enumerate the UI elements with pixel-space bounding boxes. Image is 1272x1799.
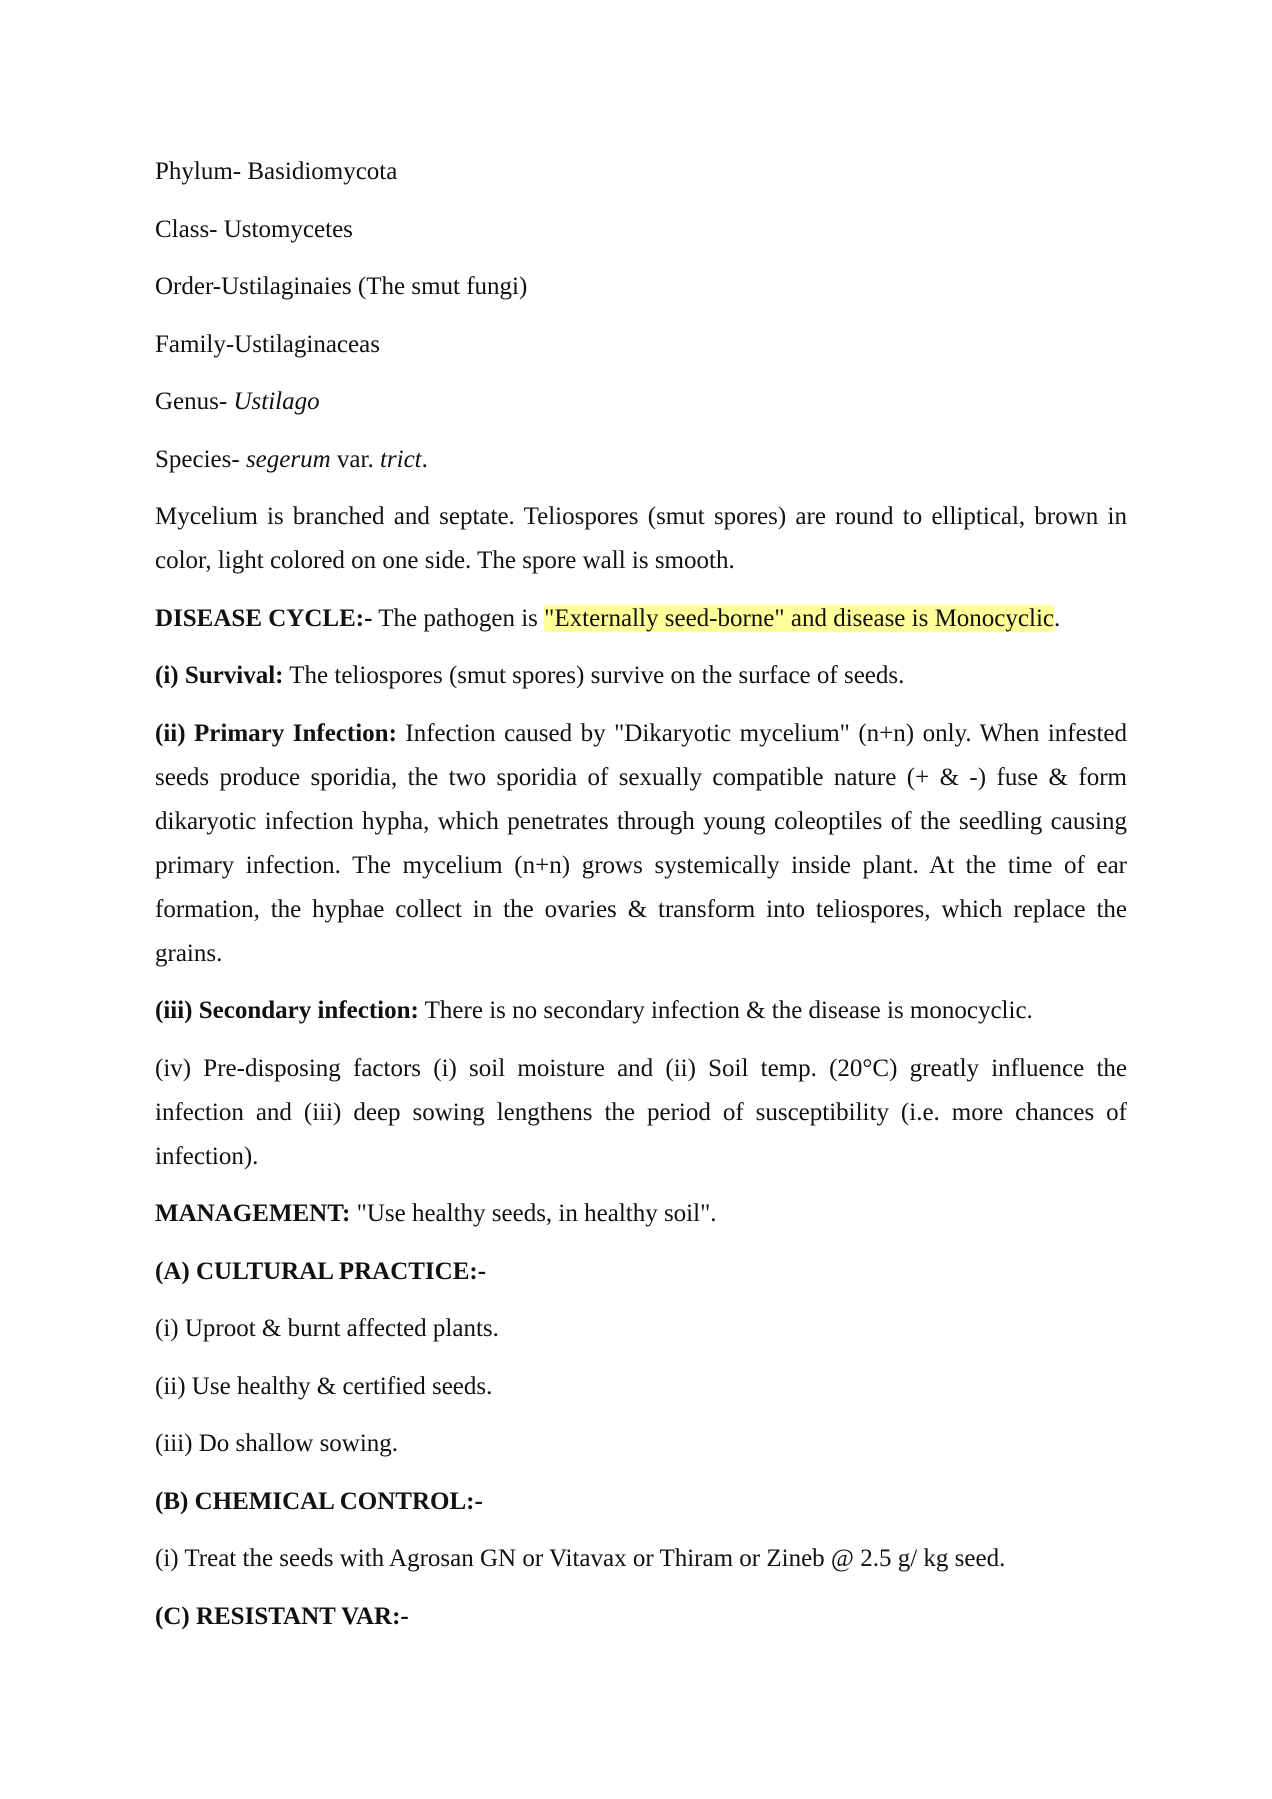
survival-paragraph: (i) Survival: The teliospores (smut spor… xyxy=(155,654,1127,698)
cultural-item: (i) Uproot & burnt affected plants. xyxy=(155,1307,1127,1351)
highlighted-text: "Externally seed-borne" and disease is M… xyxy=(544,605,1054,632)
disease-cycle-text: The pathogen is xyxy=(372,605,544,632)
primary-infection-heading: (ii) Primary Infection: xyxy=(155,720,397,747)
genus-line: Genus- Ustilago xyxy=(155,380,1127,424)
document-page: Phylum- Basidiomycota Class- Ustomycetes… xyxy=(155,150,1127,1652)
species-name: segerum xyxy=(246,446,331,473)
disease-cycle-end: . xyxy=(1054,605,1060,632)
management-heading: MANAGEMENT: xyxy=(155,1200,350,1227)
species-label: Species- xyxy=(155,446,246,473)
resistant-var-heading: (C) RESISTANT VAR:- xyxy=(155,1595,1127,1639)
genus-name: Ustilago xyxy=(233,388,319,415)
management-text: "Use healthy seeds, in healthy soil". xyxy=(350,1200,716,1227)
cultural-practice-heading-text: (A) CULTURAL PRACTICE:- xyxy=(155,1258,486,1285)
species-var: var. xyxy=(331,446,380,473)
predisposing-factors-paragraph: (iv) Pre-disposing factors (i) soil mois… xyxy=(155,1047,1127,1179)
cultural-practice-heading: (A) CULTURAL PRACTICE:- xyxy=(155,1250,1127,1294)
species-line: Species- segerum var. trict. xyxy=(155,438,1127,482)
disease-cycle-heading: DISEASE CYCLE:- xyxy=(155,605,372,632)
species-end: . xyxy=(422,446,428,473)
secondary-infection-text: There is no secondary infection & the di… xyxy=(419,997,1033,1024)
order-line: Order-Ustilaginaies (The smut fungi) xyxy=(155,265,1127,309)
primary-infection-paragraph: (ii) Primary Infection: Infection caused… xyxy=(155,712,1127,976)
class-line: Class- Ustomycetes xyxy=(155,208,1127,252)
phylum-line: Phylum- Basidiomycota xyxy=(155,150,1127,194)
secondary-infection-heading: (iii) Secondary infection: xyxy=(155,997,419,1024)
species-variety: trict xyxy=(380,446,422,473)
management-paragraph: MANAGEMENT: "Use healthy seeds, in healt… xyxy=(155,1192,1127,1236)
chemical-control-heading-text: (B) CHEMICAL CONTROL:- xyxy=(155,1488,483,1515)
chemical-control-heading: (B) CHEMICAL CONTROL:- xyxy=(155,1480,1127,1524)
chemical-item: (i) Treat the seeds with Agrosan GN or V… xyxy=(155,1537,1127,1581)
secondary-infection-paragraph: (iii) Secondary infection: There is no s… xyxy=(155,989,1127,1033)
primary-infection-text: Infection caused by "Dikaryotic mycelium… xyxy=(155,720,1127,967)
genus-label: Genus- xyxy=(155,388,233,415)
disease-cycle-paragraph: DISEASE CYCLE:- The pathogen is "Externa… xyxy=(155,597,1127,641)
cultural-item: (ii) Use healthy & certified seeds. xyxy=(155,1365,1127,1409)
resistant-var-heading-text: (C) RESISTANT VAR:- xyxy=(155,1603,409,1630)
survival-heading: (i) Survival: xyxy=(155,662,283,689)
cultural-item: (iii) Do shallow sowing. xyxy=(155,1422,1127,1466)
survival-text: The teliospores (smut spores) survive on… xyxy=(283,662,904,689)
family-line: Family-Ustilaginaceas xyxy=(155,323,1127,367)
mycelium-description: Mycelium is branched and septate. Telios… xyxy=(155,495,1127,583)
